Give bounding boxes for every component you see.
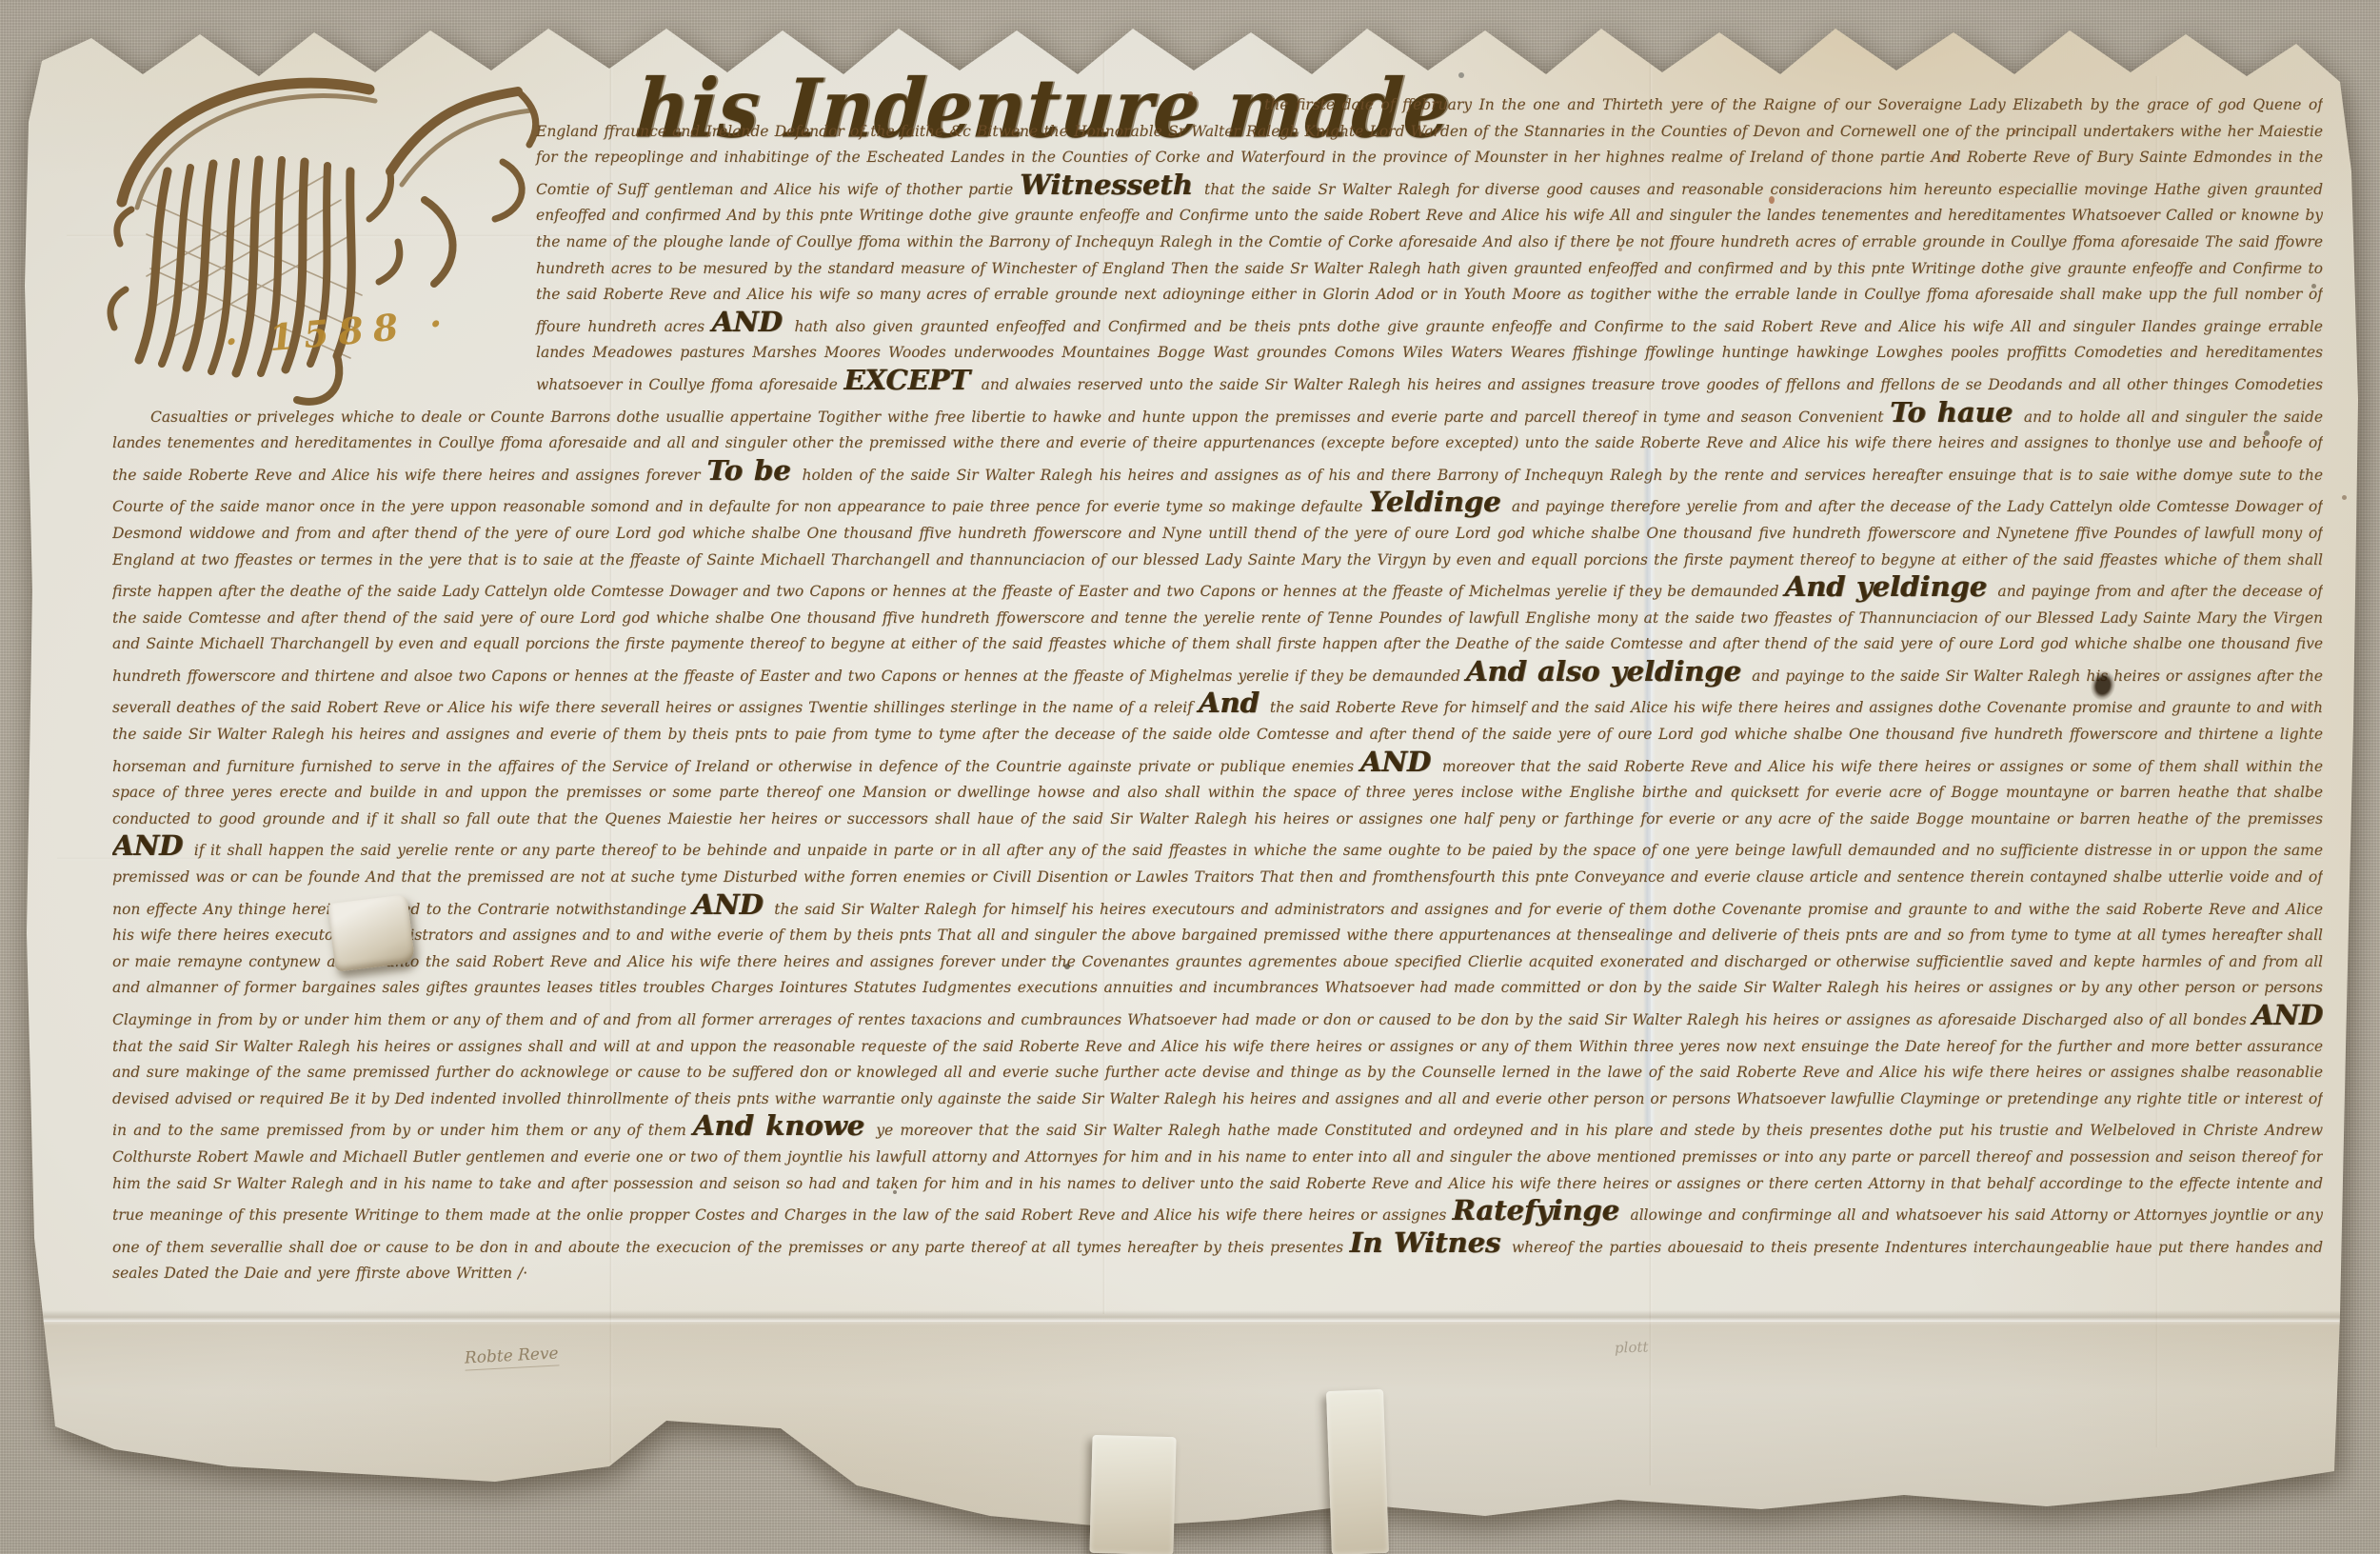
- stain-spot: [2342, 495, 2347, 500]
- keyword-yeldinge: Yeldinge: [1369, 486, 1512, 518]
- manuscript-text-run: that the saide Sr Walter Ralegh for dive…: [536, 181, 2323, 335]
- stain-spot: [1948, 154, 1954, 161]
- manuscript-body-text: the firste daie of ffebruary In the one …: [112, 92, 2323, 1309]
- keyword-and-knowe: And knowe: [693, 1109, 876, 1142]
- stain-spot: [1188, 91, 1193, 96]
- parchment-shadow-wrap: · 1588 · his Indenture made the firste d…: [0, 0, 2380, 1554]
- stain-spot: [1769, 196, 1775, 204]
- manuscript-text-run: the said Sir Walter Ralegh for himself h…: [112, 901, 2323, 1028]
- keyword-and-yeldinge: And yeldinge: [1785, 570, 1998, 603]
- stain-spot: [1064, 964, 1070, 969]
- keyword-except: EXCEPT: [843, 364, 981, 396]
- keyword-in-witnes: In Witnes: [1350, 1226, 1512, 1259]
- parchment-indenture: · 1588 · his Indenture made the firste d…: [0, 0, 2380, 1554]
- keyword-and: AND: [112, 829, 194, 862]
- parchment-seal-tag: [1089, 1435, 1176, 1554]
- archival-note: plott: [1615, 1338, 1649, 1356]
- stain-spot: [1618, 248, 1622, 251]
- keyword-and: And: [1199, 687, 1270, 719]
- stain-spot: [893, 1190, 897, 1194]
- keyword-witnesseth: Witnesseth: [1020, 169, 1204, 201]
- keyword-and: AND: [692, 888, 774, 921]
- parchment-tear-flap: [327, 894, 415, 972]
- stain-spot: [2264, 430, 2270, 436]
- keyword-to-be: To be: [706, 454, 802, 487]
- folded-plica: [0, 1322, 2380, 1554]
- keyword-ratefyinge: Ratefyinge: [1452, 1194, 1630, 1226]
- stain-spot: [2311, 284, 2316, 289]
- parchment-seal-tag: [1326, 1389, 1389, 1554]
- manuscript-photo: · 1588 · his Indenture made the firste d…: [0, 0, 2380, 1554]
- stain-spot: [2013, 129, 2017, 134]
- keyword-and: AND: [712, 306, 795, 338]
- keyword-to-haue: To haue: [1890, 396, 2024, 428]
- keyword-and: AND: [1360, 746, 1442, 778]
- keyword-and-also-yeldinge: And also yeldinge: [1466, 655, 1752, 687]
- keyword-and: AND: [2252, 999, 2323, 1031]
- stain-spot: [1458, 72, 1464, 78]
